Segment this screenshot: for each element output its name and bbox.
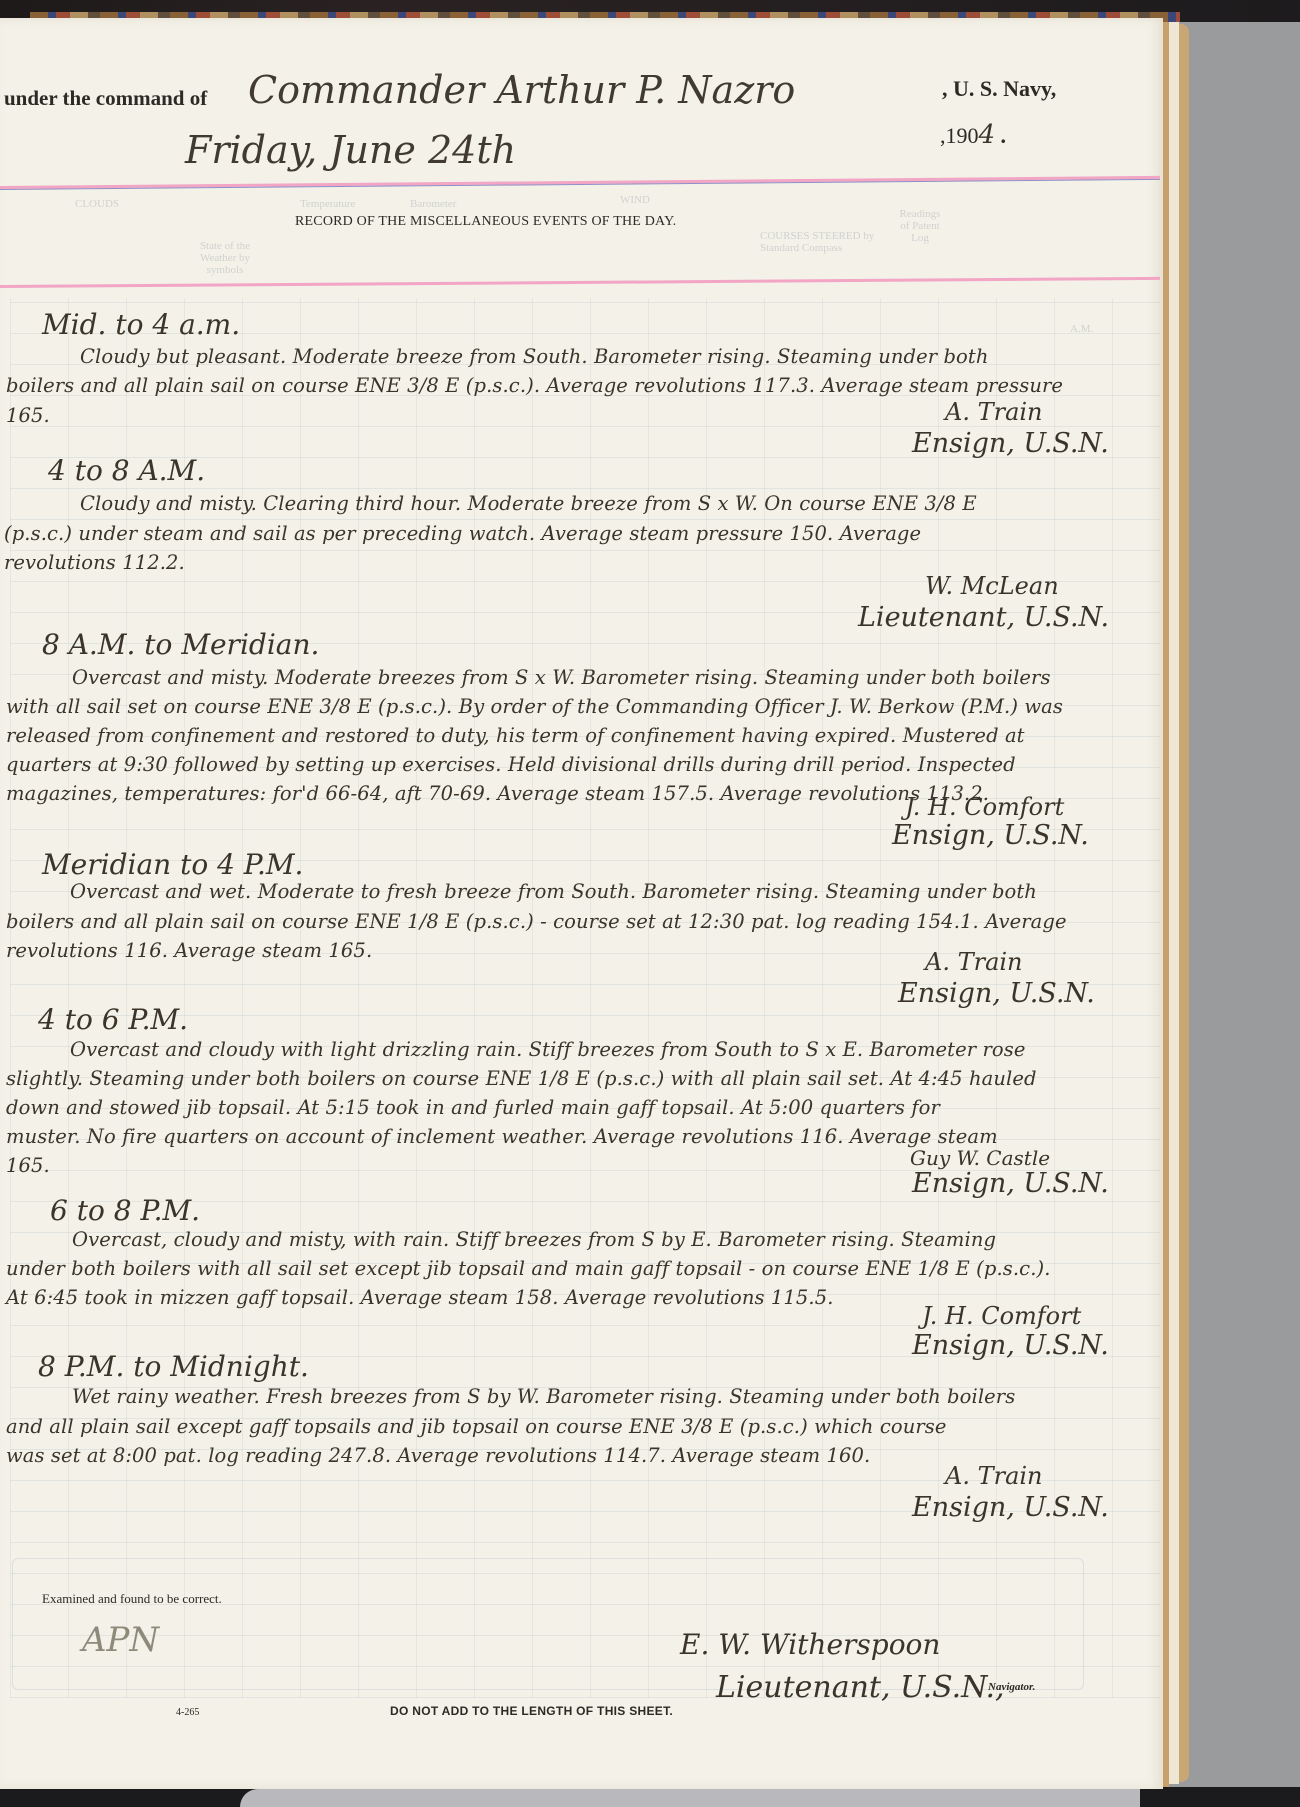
examined-label: Examined and found to be correct. <box>42 1591 222 1607</box>
navigator-rank: Lieutenant, U.S.N., <box>716 1670 1005 1705</box>
entry-line: Cloudy but pleasant. Moderate breeze fro… <box>80 345 989 368</box>
ghost-header: A.M. <box>1070 323 1093 335</box>
record-title: RECORD OF THE MISCELLANEOUS EVENTS OF TH… <box>295 214 676 230</box>
officer-rank: Ensign, U.S.N. <box>912 428 1109 459</box>
officer-rank: Ensign, U.S.N. <box>912 1330 1109 1361</box>
officer-rank: Ensign, U.S.N. <box>892 820 1089 851</box>
year-prefix: ,190 <box>940 123 979 148</box>
entry-line: Overcast, cloudy and misty, with rain. S… <box>72 1228 996 1251</box>
entry-line: 165. <box>6 1154 50 1177</box>
entry-line: Overcast and cloudy with light drizzling… <box>70 1038 1025 1061</box>
page-stack-edge <box>1163 22 1169 1787</box>
navigator-label: Navigator. <box>988 1681 1035 1693</box>
sheet-notice: DO NOT ADD TO THE LENGTH OF THIS SHEET. <box>390 1704 673 1718</box>
watch-title: 8 A.M. to Meridian. <box>42 628 319 661</box>
entry-line: down and stowed jib topsail. At 5:15 too… <box>6 1096 940 1119</box>
officer-signature: A. Train <box>945 398 1043 426</box>
entry-line: and all plain sail except gaff topsails … <box>6 1415 947 1438</box>
officer-signature: A. Train <box>945 1462 1043 1490</box>
entry-line: Overcast and misty. Moderate breezes fro… <box>72 666 1051 689</box>
entry-line: magazines, temperatures: for'd 66-64, af… <box>6 782 989 805</box>
entry-line: (p.s.c.) under steam and sail as per pre… <box>4 522 921 545</box>
table-surface <box>240 1789 1140 1807</box>
ghost-header: WIND <box>620 194 650 206</box>
officer-rank: Ensign, U.S.N. <box>912 1492 1109 1523</box>
officer-signature: J. H. Comfort <box>905 793 1064 821</box>
year: ,1904 . <box>940 120 1006 150</box>
entry-line: Wet rainy weather. Fresh breezes from S … <box>72 1385 1015 1408</box>
watch-title: Meridian to 4 P.M. <box>42 848 303 881</box>
ghost-header: State of the Weather by symbols <box>185 240 265 276</box>
entry-line: released from confinement and restored t… <box>6 724 1025 747</box>
navy-suffix: , U. S. Navy, <box>942 76 1056 102</box>
entry-line: was set at 8:00 pat. log reading 247.8. … <box>6 1444 870 1467</box>
entry-line: muster. No fire quarters on account of i… <box>6 1125 998 1148</box>
entry-line: with all sail set on course ENE 3/8 E (p… <box>6 695 1063 718</box>
watch-title: Mid. to 4 a.m. <box>42 308 240 341</box>
officer-rank: Lieutenant, U.S.N. <box>858 602 1109 633</box>
ghost-header: Readings of Patent Log <box>895 208 945 244</box>
officer-rank: Ensign, U.S.N. <box>898 978 1095 1009</box>
year-digit: 4 <box>979 120 996 150</box>
officer-signature: W. McLean <box>925 572 1059 600</box>
log-page: under the command of Commander Arthur P.… <box>0 18 1163 1789</box>
ghost-header: Temperature <box>300 198 355 210</box>
entry-line: Overcast and wet. Moderate to fresh bree… <box>70 880 1037 903</box>
entry-line: revolutions 116. Average steam 165. <box>6 939 372 962</box>
entry-line: boilers and all plain sail on course ENE… <box>6 374 1063 397</box>
pink-rule <box>0 277 1160 288</box>
entry-line: under both boilers with all sail set exc… <box>6 1257 1051 1280</box>
watch-title: 8 P.M. to Midnight. <box>38 1350 309 1383</box>
ghost-header: Barometer <box>410 198 456 210</box>
year-suffix: . <box>1001 123 1007 148</box>
ghost-header: COURSES STEERED by Standard Compass <box>760 230 880 254</box>
entry-line: At 6:45 took in mizzen gaff topsail. Ave… <box>6 1286 834 1309</box>
officer-signature: A. Train <box>925 948 1023 976</box>
officer-signature: Guy W. Castle <box>910 1146 1050 1170</box>
log-date: Friday, June 24th <box>185 128 516 172</box>
command-prefix: under the command of <box>4 86 207 111</box>
entry-line: quarters at 9:30 followed by setting up … <box>6 753 1016 776</box>
entry-line: slightly. Steaming under both boilers on… <box>6 1067 1037 1090</box>
watch-title: 4 to 8 A.M. <box>48 454 205 487</box>
commander-name: Commander Arthur P. Nazro <box>248 68 795 112</box>
watch-title: 4 to 6 P.M. <box>38 1003 188 1036</box>
officer-signature: J. H. Comfort <box>922 1302 1081 1330</box>
ghost-header: CLOUDS <box>75 198 119 210</box>
page-stack-edge <box>1169 22 1179 1784</box>
entry-line: revolutions 112.2. <box>4 551 185 574</box>
entry-line: boilers and all plain sail on course ENE… <box>6 910 1067 933</box>
watch-title: 6 to 8 P.M. <box>50 1194 200 1227</box>
examiner-initials: APN <box>82 1620 159 1660</box>
form-number: 4-265 <box>176 1707 199 1718</box>
officer-rank: Ensign, U.S.N. <box>912 1168 1109 1199</box>
entry-line: Cloudy and misty. Clearing third hour. M… <box>80 492 977 515</box>
entry-line: 165. <box>6 404 50 427</box>
navigator-signature: E. W. Witherspoon <box>680 1628 940 1661</box>
page-stack-edge <box>1179 24 1189 1782</box>
